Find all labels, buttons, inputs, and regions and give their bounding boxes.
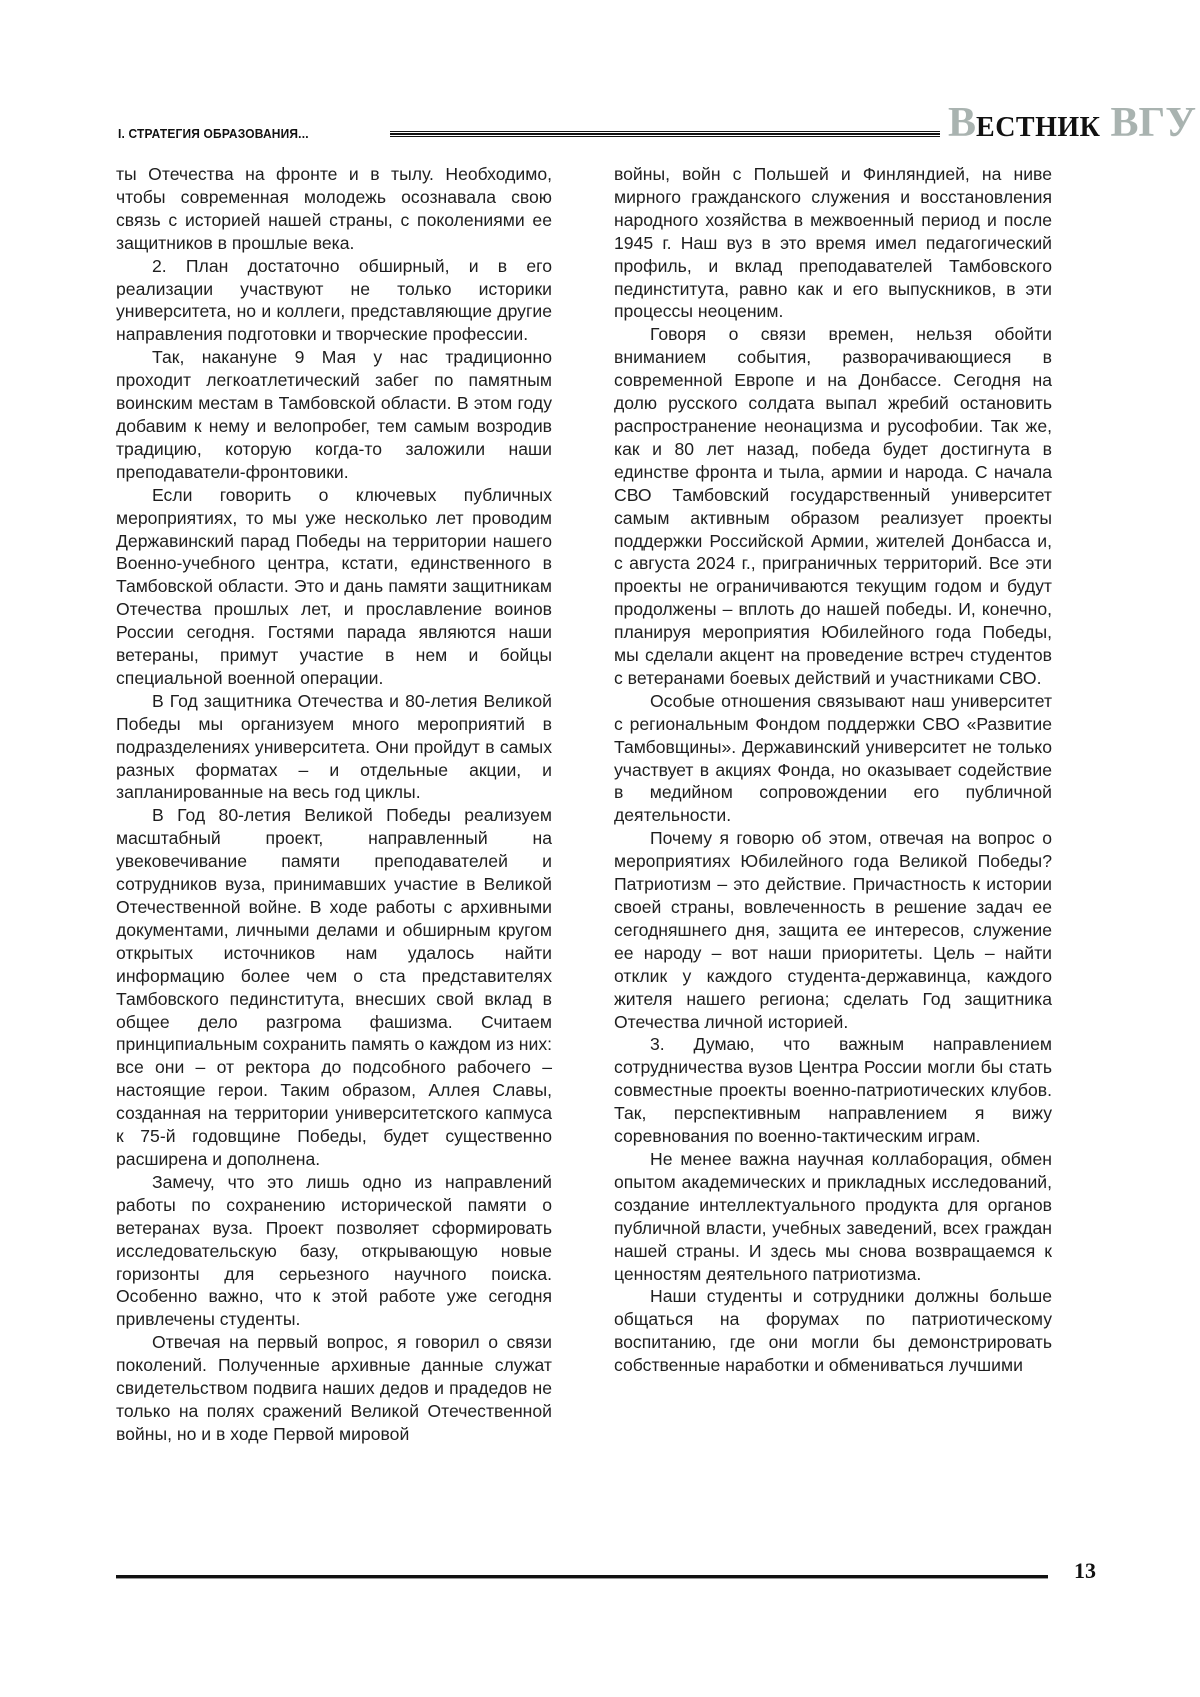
paragraph: Не менее важна научная коллаборация, обм… (614, 1148, 1052, 1285)
paragraph: В Год защитника Отечества и 80-летия Вел… (116, 690, 552, 805)
right-text-column: войны, войн с Польшей и Финляндией, на н… (614, 163, 1052, 1377)
masthead-initial: В (948, 100, 976, 146)
paragraph: Говоря о связи времен, нельзя обойти вни… (614, 323, 1052, 690)
paragraph: Почему я говорю об этом, отвечая на вопр… (614, 827, 1052, 1033)
paragraph: Если говорить о ключевых публичных мероп… (116, 484, 552, 690)
paragraph: В Год 80-летия Великой Победы реализуем … (116, 804, 552, 1171)
paragraph: 3. Думаю, что важным направлением сотруд… (614, 1033, 1052, 1148)
page-footer: 13 (116, 1558, 1096, 1588)
journal-masthead: ВЕСТНИКВГУ (948, 99, 1196, 147)
paragraph: Особые отношения связывают наш университ… (614, 690, 1052, 827)
masthead-suffix: ВГУ (1110, 100, 1196, 146)
paragraph: войны, войн с Польшей и Финляндией, на н… (614, 163, 1052, 323)
paragraph: Так, накануне 9 Мая у нас традиционно пр… (116, 346, 552, 483)
footer-rule-divider (116, 1575, 1048, 1579)
paragraph: Замечу, что это лишь одно из направлений… (116, 1171, 552, 1331)
page-number: 13 (1074, 1558, 1096, 1584)
header-rule-divider (390, 131, 940, 138)
masthead-word: ЕСТНИК (976, 112, 1100, 143)
paragraph: ты Отечества на фронте и в тылу. Необход… (116, 163, 552, 255)
paragraph: Отвечая на первый вопрос, я говорил о св… (116, 1331, 552, 1446)
left-text-column: ты Отечества на фронте и в тылу. Необход… (116, 163, 552, 1446)
section-label: I. СТРАТЕГИЯ ОБРАЗОВАНИЯ... (118, 126, 309, 141)
paragraph: Наши студенты и сотрудники должны больше… (614, 1285, 1052, 1377)
page-header: I. СТРАТЕГИЯ ОБРАЗОВАНИЯ... ВЕСТНИКВГУ (118, 103, 1090, 143)
paragraph: 2. План достаточно обширный, и в его реа… (116, 255, 552, 347)
